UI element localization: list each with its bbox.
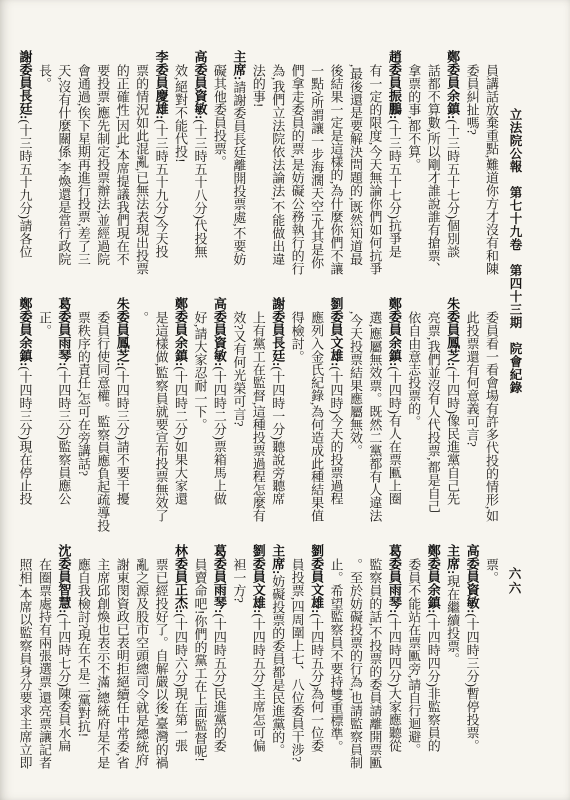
- speaker-name: 朱委員鳳芝:: [445, 297, 460, 366]
- speaker-name: 劉委員文雄:: [309, 544, 324, 613]
- text-column: 袒一方?: [229, 544, 248, 787]
- text-column: 委員行使同意權。監察員應負起疏導投: [93, 297, 112, 540]
- speaker-name: 鄭委員余鎮:: [173, 297, 188, 366]
- speaker-name: 高委員資敏:: [212, 297, 227, 366]
- text-column: 票。: [482, 544, 501, 787]
- speaker-name: 葛委員雨琴:: [56, 297, 71, 366]
- speaker-name: 謝委員長廷:: [18, 50, 33, 119]
- text-column: 。至於妨礙投票的行為,也請監察員制: [346, 544, 365, 787]
- speaker-name: 鄭委員余鎮:: [387, 297, 402, 366]
- text-column: 謝委員長廷:(十三時五十九分)請各位: [15, 50, 34, 293]
- text-column: 票秩序的責任,怎可在旁講話?: [73, 297, 92, 540]
- text-column: 拿票的事,都不算。: [404, 50, 423, 293]
- text-column: 員賣命吧!你們的黨工在上面監督呢!: [190, 544, 209, 787]
- text-column: 後結果一定是這樣的,為什麼你們不讓: [326, 50, 345, 293]
- text-column: 會通過,俟下星期再進行投票,差了三: [73, 50, 92, 293]
- text-column: 為,我們立法院依法論法,不能做出違: [268, 50, 287, 293]
- text-column: 。: [132, 297, 151, 540]
- text-register-middle: 委員看一看會場有許多代投的情形,如此投票還有何意義可言?朱委員鳳芝:(十四時)像…: [15, 297, 501, 540]
- text-column: 員投票,四周圍上七、八位委員干涉?: [287, 544, 306, 787]
- text-column: 一點?所謂讓一步海濶天空!尤其是你: [307, 50, 326, 293]
- text-column: 謝委員長廷:(十四時一分)聽說旁聽席: [268, 297, 287, 540]
- text-column: 主席:妨礙投票的委員都是民進黨的。: [268, 544, 287, 787]
- speaker-name: 主席:: [231, 50, 246, 80]
- speaker-name: 主席:: [270, 544, 285, 574]
- text-column: 正。: [35, 297, 54, 540]
- text-column: 應自我檢討?現在不是二黨對抗!: [73, 544, 92, 787]
- text-column: ,今天投票結果應屬無效。: [346, 297, 365, 540]
- text-column: 票已經投好了。自解嚴以後,臺灣的禍: [151, 544, 170, 787]
- page-number: 六六: [505, 567, 523, 596]
- text-column: ,最後還是要解決問題的,既然知道最: [346, 50, 365, 293]
- text-column: 要投票,應先制定投票辦法,並經過院: [93, 50, 112, 293]
- text-column: 的正確性,因此,本席提議我們現在不: [112, 50, 131, 293]
- text-column: 得檢討。: [287, 297, 306, 540]
- text-column: 鄭委員余鎮:(十三時五十七分)個別談: [443, 50, 462, 293]
- speaker-name: 高委員資敏:: [465, 544, 480, 613]
- speaker-name: 李委員慶雄:: [154, 50, 169, 119]
- text-column: 礙其他委員投票。: [209, 50, 228, 293]
- text-column: 主席:請謝委員長廷離開投票處,不要妨: [229, 50, 248, 293]
- text-column: 朱委員鳳芝:(十四時三分)請不要干擾: [112, 297, 131, 540]
- text-column: 有一定的限度,今天無論你們如何抗爭: [365, 50, 384, 293]
- speaker-name: 劉委員文雄:: [251, 544, 266, 613]
- speaker-name: 鄭委員余鎮:: [18, 297, 33, 366]
- text-column: 依自由意志投票的。: [404, 297, 423, 540]
- text-column: 上有黨工在監督,這種投票過程怎麼有: [248, 297, 267, 540]
- speaker-name: 葛委員雨琴:: [387, 544, 402, 613]
- text-column: 劉委員文雄:(十四時)今天的投票過程: [326, 297, 345, 540]
- text-column: 效,絕對不能代投!: [171, 50, 190, 293]
- text-column: 鄭委員余鎮:(十四時)有人在票匭上圈: [384, 297, 403, 540]
- text-column: 委員不能站在票匭旁,請自行迴避。: [404, 544, 423, 787]
- text-column: 劉委員文雄:(十四時五分)主席怎可偏: [248, 544, 267, 787]
- speaker-name: 劉委員文雄:: [329, 297, 344, 366]
- text-column: 委員糾扯嗎?: [462, 50, 481, 293]
- text-column: 在圈票處持有兩張選票,還亮票讓記者: [35, 544, 54, 787]
- text-column: 止。希望監察員不要持雙重標準。: [326, 544, 345, 787]
- text-column: 劉委員文雄:(十四時五分)為何一位委: [307, 544, 326, 787]
- speaker-name: 朱委員鳳芝:: [115, 297, 130, 366]
- speaker-name: 趙委員振鵬:: [387, 50, 402, 119]
- speaker-name: 鄭委員余鎮:: [426, 544, 441, 613]
- text-register-bottom: 票。高委員資敏:(十四時三分)暫停投票。主席:現在繼續投票。鄭委員余鎮:(十四時…: [15, 544, 501, 787]
- text-column: 謝東閔資政已表明拒絕續任中常委,省: [112, 544, 131, 787]
- text-column: 長。: [35, 50, 54, 293]
- gazette-scanned-page: 立法院公報 第七十九卷 第四十三期 院會紀錄 六六 員講話放棄重點,難道你方才沒…: [0, 0, 570, 800]
- text-column: 亮票,我們並沒有人代投票,都是自己: [423, 297, 442, 540]
- speaker-name: 主席:: [445, 544, 460, 574]
- text-column: 效?又有何光榮可言?: [229, 297, 248, 540]
- speaker-name: 林委員正杰:: [173, 544, 188, 613]
- text-column: 照相,本席以監察員身分要求主席立即: [15, 544, 34, 787]
- text-column: 們拿走委員的票,是妨礙公務執行的行: [287, 50, 306, 293]
- text-column: 話都不算數,所以剛才誰說誰有搶票、: [423, 50, 442, 293]
- text-column: 鄭委員余鎮:(十四時二分)如果大家還: [171, 297, 190, 540]
- text-column: 林委員正杰:(十四時六分)現在第一張: [171, 544, 190, 787]
- text-column: 員講話放棄重點,難道你方才沒有和陳: [482, 50, 501, 293]
- text-column: 高委員資敏:(十三時五十八分)代投無: [190, 50, 209, 293]
- text-column: 趙委員振鵬:(十三時五十七分)抗爭是: [384, 50, 403, 293]
- running-head: 立法院公報 第七十九卷 第四十三期 院會紀錄: [503, 108, 527, 394]
- text-register-top: 員講話放棄重點,難道你方才沒有和陳委員糾扯嗎?鄭委員余鎮:(十三時五十七分)個別…: [15, 50, 501, 293]
- text-column: 高委員資敏:(十四時二分)票箱馬上做: [209, 297, 228, 540]
- text-column: 監察員的話,不投票的委員請離開票匭: [365, 544, 384, 787]
- text-column: 選,應屬無效票。既然二黨都有人違法: [365, 297, 384, 540]
- text-column: 是這樣做,監察員就要宣布投票無效了: [151, 297, 170, 540]
- text-column: 天,沒有什麼關係,李煥還是當行政院: [54, 50, 73, 293]
- text-column: 葛委員雨琴:(十四時五分)民進黨的委: [209, 544, 228, 787]
- text-column: 法的事!: [248, 50, 267, 293]
- speaker-name: 沈委員智慧:: [56, 544, 71, 613]
- text-column: 沈委員智慧:(十四時七分)陳委員水扁: [54, 544, 73, 787]
- text-column: 亂之源及股市空頭總司令就是總統府,: [132, 544, 151, 787]
- text-column: 葛委員雨琴:(十四時四分)大家應聽從: [384, 544, 403, 787]
- text-column: 李委員慶雄:(十三時五十九分)今天投: [151, 50, 170, 293]
- text-column: 鄭委員余鎮:(十四時四分)非監察員的: [423, 544, 442, 787]
- speaker-name: 高委員資敏:: [192, 50, 207, 119]
- text-column: 葛委員雨琴:(十四時三分)監察員應公: [54, 297, 73, 540]
- speaker-name: 謝委員長廷:: [270, 297, 285, 366]
- text-column: 好,請大家忍耐一下。: [190, 297, 209, 540]
- text-column: 主席:現在繼續投票。: [443, 544, 462, 787]
- text-column: 委員看一看會場有許多代投的情形,如: [482, 297, 501, 540]
- speaker-name: 鄭委員余鎮:: [445, 50, 460, 119]
- speaker-name: 葛委員雨琴:: [212, 544, 227, 613]
- text-column: 主席邱創煥也表示不滿,總統府是不是: [93, 544, 112, 787]
- text-column: 應列入金氏紀錄,為何造成此種結果值: [307, 297, 326, 540]
- text-column: 朱委員鳳芝:(十四時)像民進黨自己先: [443, 297, 462, 540]
- text-column: 鄭委員余鎮:(十四時三分)現在停止投: [15, 297, 34, 540]
- text-column: 高委員資敏:(十四時三分)暫停投票。: [462, 544, 481, 787]
- text-column: 此投票還有何意義可言?: [462, 297, 481, 540]
- text-column: 票的情況如此混亂,已無法表現出投票: [132, 50, 151, 293]
